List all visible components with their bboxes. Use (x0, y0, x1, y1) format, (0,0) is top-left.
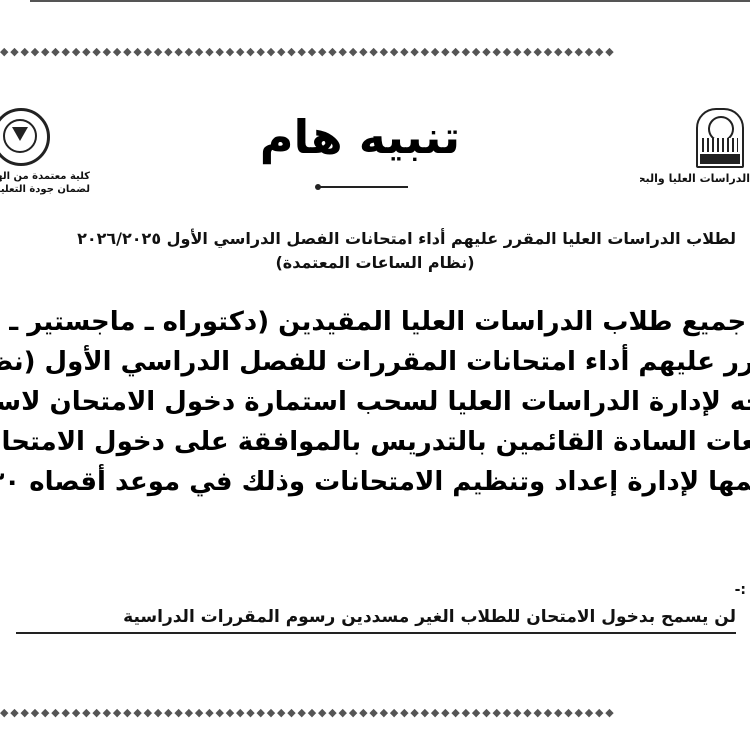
subtitle-line1: لطلاب الدراسات العليا المقرر عليهم أداء … (6, 228, 736, 250)
body-line-2: المقرر عليهم أداء امتحانات المقررات للفص… (0, 342, 750, 382)
right-logo-caption: الدراسات العليا والبحوث (640, 172, 750, 185)
body-line-5: تسليمها لإدارة إعداد وتنظيم الامتحانات و… (0, 462, 750, 502)
top-rule (30, 0, 750, 2)
left-logo-caption: كلية معتمدة من الهيئة القومية لضمان جودة… (0, 170, 90, 196)
note-marker: :- (735, 582, 746, 598)
graduate-studies-logo (696, 108, 744, 168)
left-logo-caption-line2: لضمان جودة التعليم والاعتماد (0, 183, 90, 196)
notice-body: على جميع طلاب الدراسات العليا المقيدين (… (0, 302, 750, 502)
body-line-3: التوجه لإدارة الدراسات العليا لسحب استما… (0, 382, 750, 422)
body-line-1: على جميع طلاب الدراسات العليا المقيدين (… (0, 302, 750, 342)
bottom-diamond-border: ◆◆◆◆◆◆◆◆◆◆◆◆◆◆◆◆◆◆◆◆◆◆◆◆◆◆◆◆◆◆◆◆◆◆◆◆◆◆◆◆… (0, 706, 750, 720)
accreditation-seal-logo (0, 108, 50, 166)
subtitle-line2: (نظام الساعات المعتمدة) (0, 252, 750, 274)
top-diamond-border: ◆◆◆◆◆◆◆◆◆◆◆◆◆◆◆◆◆◆◆◆◆◆◆◆◆◆◆◆◆◆◆◆◆◆◆◆◆◆◆◆… (0, 45, 750, 59)
left-logo-caption-line1: كلية معتمدة من الهيئة القومية (0, 170, 90, 183)
page-title: تنبيه هام (250, 108, 470, 166)
body-line-4: توقيعات السادة القائمين بالتدريس بالمواف… (0, 422, 750, 462)
rays-icon (702, 138, 738, 152)
triangle-icon (12, 127, 28, 141)
logo-base (700, 154, 740, 164)
title-underline (318, 186, 408, 188)
fees-warning-note: لن يسمح بدخول الامتحان للطلاب الغير مسدد… (16, 604, 736, 634)
